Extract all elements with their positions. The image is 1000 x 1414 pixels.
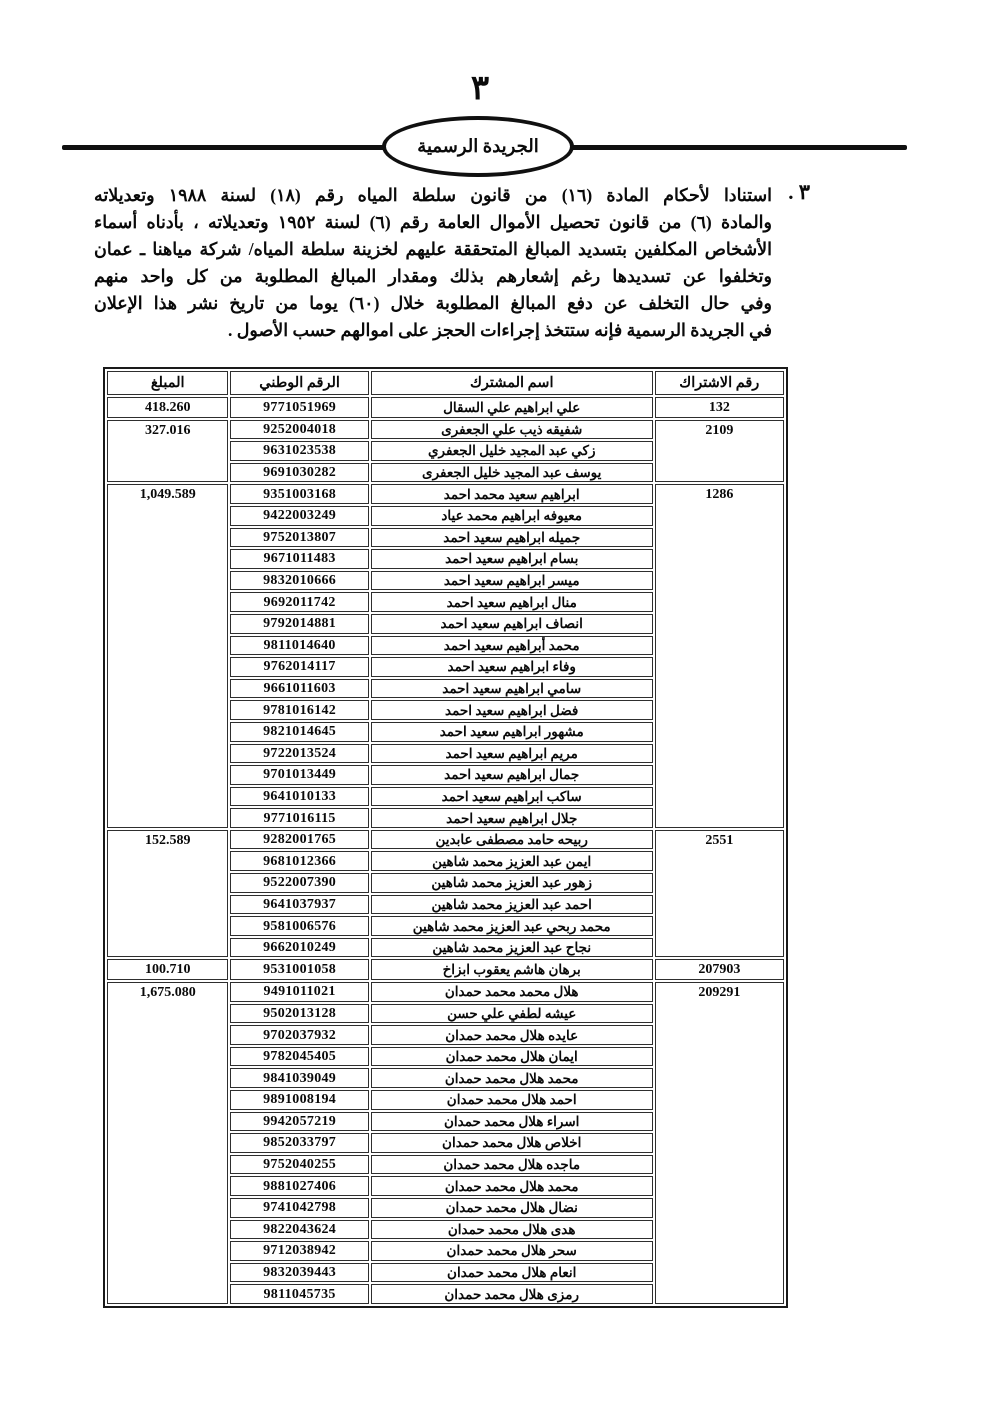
notice-line: وتخلفوا عن تسديدها رغم إشعارهم بذلك ومقد… <box>94 263 772 290</box>
subscriber-name-cell: ربيحه حامد مصطفى عابدين <box>371 830 653 850</box>
national-id-cell: 9821014645 <box>230 722 368 742</box>
subscriber-name-cell: ميسر ابراهيم سعيد احمد <box>371 571 653 591</box>
national-id-cell: 9581006576 <box>230 916 368 936</box>
subscriber-name-cell: هلال محمد محمد حمدان <box>371 982 653 1002</box>
subscriber-name-cell: بسام ابراهيم سعيد احمد <box>371 549 653 569</box>
national-id-cell: 9701013449 <box>230 765 368 785</box>
table-header-row: رقم الاشتراك اسم المشترك الرقم الوطني ال… <box>107 371 784 395</box>
national-id-cell: 9661011603 <box>230 679 368 699</box>
national-id-cell: 9811014640 <box>230 636 368 656</box>
subscribers-table: رقم الاشتراك اسم المشترك الرقم الوطني ال… <box>103 367 788 1308</box>
amount-cell: 1,049.589 <box>107 484 228 828</box>
national-id-cell: 9691030282 <box>230 463 368 483</box>
subscriber-name-cell: انعام هلال محمد حمدان <box>371 1263 653 1283</box>
national-id-cell: 9891008194 <box>230 1090 368 1110</box>
national-id-cell: 9722013524 <box>230 744 368 764</box>
notice-lines: استنادا لأحكام المادة (١٦) من قانون سلطة… <box>94 182 772 344</box>
notice-line: وفي حال التخلف عن دفع المبالغ المطلوبة خ… <box>94 290 772 317</box>
subscriber-name-cell: جمال ابراهيم سعيد احمد <box>371 765 653 785</box>
subscriber-name-cell: ابراهيم سعيد محمد احمد <box>371 484 653 504</box>
national-id-cell: 9641010133 <box>230 787 368 807</box>
national-id-cell: 9792014881 <box>230 614 368 634</box>
national-id-cell: 9771016115 <box>230 808 368 828</box>
national-id-cell: 9662010249 <box>230 938 368 958</box>
page-number: ٣ <box>0 68 960 108</box>
table-row: 1286ابراهيم سعيد محمد احمد93510031681,04… <box>107 484 784 504</box>
national-id-cell: 9502013128 <box>230 1004 368 1024</box>
table-row: 2551ربيحه حامد مصطفى عابدين9282001765152… <box>107 830 784 850</box>
national-id-cell: 9782045405 <box>230 1047 368 1067</box>
national-id-cell: 9752013807 <box>230 528 368 548</box>
subscription-number-cell: 2109 <box>655 420 784 483</box>
subscriber-name-cell: برهان هاشم يعقوب ابزاخ <box>371 959 653 980</box>
subscriber-name-cell: احمد عبد العزيز محمد شاهين <box>371 895 653 915</box>
subscriber-name-cell: رمزى هلال محمد حمدان <box>371 1284 653 1304</box>
national-id-cell: 9702037932 <box>230 1025 368 1045</box>
notice-paragraph: ٣ . استنادا لأحكام المادة (١٦) من قانون … <box>94 182 810 344</box>
subscriber-name-cell: عيشه لطفي علي حسن <box>371 1004 653 1024</box>
national-id-cell: 9811045735 <box>230 1284 368 1304</box>
national-id-cell: 9422003249 <box>230 506 368 526</box>
subscriber-name-cell: محمد هلال محمد حمدان <box>371 1068 653 1088</box>
notice-line: الأشخاص المكلفين بتسديد المبالغ المتحققة… <box>94 236 772 263</box>
national-id-cell: 9822043624 <box>230 1220 368 1240</box>
col-header-subscription-number: رقم الاشتراك <box>655 371 784 395</box>
subscriber-name-cell: انصاف ابراهيم سعيد احمد <box>371 614 653 634</box>
national-id-cell: 9351003168 <box>230 484 368 504</box>
national-id-cell: 9522007390 <box>230 873 368 893</box>
amount-cell: 1,675.080 <box>107 982 228 1304</box>
subscriber-name-cell: ماجده هلال محمد حمدان <box>371 1155 653 1175</box>
notice-line: في الجريدة الرسمية فإنه ستتخذ إجراءات ال… <box>94 317 772 344</box>
national-id-cell: 9712038942 <box>230 1241 368 1261</box>
subscription-number-cell: 207903 <box>655 959 784 980</box>
national-id-cell: 9631023538 <box>230 441 368 461</box>
gazette-badge: الجريدة الرسمية <box>382 116 574 177</box>
subscriber-name-cell: عايده هلال محمد حمدان <box>371 1025 653 1045</box>
national-id-cell: 9881027406 <box>230 1176 368 1196</box>
national-id-cell: 9491011021 <box>230 982 368 1002</box>
national-id-cell: 9781016142 <box>230 700 368 720</box>
subscriber-name-cell: مشهور ابراهيم سعيد احمد <box>371 722 653 742</box>
subscriber-name-cell: اخلاص هلال محمد حمدان <box>371 1133 653 1153</box>
subscriber-name-cell: علي ابراهيم علي السقال <box>371 397 653 418</box>
col-header-amount: المبلغ <box>107 371 228 395</box>
national-id-cell: 9282001765 <box>230 830 368 850</box>
subscriber-name-cell: فضل ابراهيم سعيد احمد <box>371 700 653 720</box>
subscriber-name-cell: سامي ابراهيم سعيد احمد <box>371 679 653 699</box>
subscriber-name-cell: مريم ابراهيم سعيد احمد <box>371 744 653 764</box>
amount-cell: 100.710 <box>107 959 228 980</box>
table-row: 207903برهان هاشم يعقوب ابزاخ953100105810… <box>107 959 784 980</box>
subscriber-name-cell: سحر هلال محمد حمدان <box>371 1241 653 1261</box>
subscription-number-cell: 1286 <box>655 484 784 828</box>
national-id-cell: 9692011742 <box>230 592 368 612</box>
col-header-national-id: الرقم الوطني <box>230 371 368 395</box>
amount-cell: 327.016 <box>107 420 228 483</box>
national-id-cell: 9841039049 <box>230 1068 368 1088</box>
amount-cell: 152.589 <box>107 830 228 958</box>
table-row: 132علي ابراهيم علي السقال9771051969418.2… <box>107 397 784 418</box>
subscriber-name-cell: اسراء هلال محمد حمدان <box>371 1112 653 1132</box>
national-id-cell: 9852033797 <box>230 1133 368 1153</box>
notice-line: والمادة (٦) من قانون تحصيل الأموال العام… <box>94 209 772 236</box>
subscriber-name-cell: هدى هلال محمد حمدان <box>371 1220 653 1240</box>
national-id-cell: 9531001058 <box>230 959 368 980</box>
subscriber-name-cell: جميله ابراهيم سعيد احمد <box>371 528 653 548</box>
subscriber-name-cell: شفيقه ذيب علي الجعفرى <box>371 420 653 440</box>
subscriber-name-cell: محمد أبراهيم سعيد احمد <box>371 636 653 656</box>
national-id-cell: 9762014117 <box>230 657 368 677</box>
national-id-cell: 9942057219 <box>230 1112 368 1132</box>
subscriber-name-cell: نضال هلال محمد حمدان <box>371 1198 653 1218</box>
subscriber-name-cell: زكي عبد المجيد خليل الجعفري <box>371 441 653 461</box>
subscriber-name-cell: منال ابراهيم سعيد احمد <box>371 592 653 612</box>
national-id-cell: 9771051969 <box>230 397 368 418</box>
subscriber-name-cell: زهور عبد العزيز محمد شاهين <box>371 873 653 893</box>
table-row: 2109شفيقه ذيب علي الجعفرى9252004018327.0… <box>107 420 784 440</box>
subscriber-name-cell: يوسف عبد المجيد خليل الجعفرى <box>371 463 653 483</box>
col-header-subscriber-name: اسم المشترك <box>371 371 653 395</box>
subscription-number-cell: 209291 <box>655 982 784 1304</box>
subscriber-name-cell: محمد هلال محمد حمدان <box>371 1176 653 1196</box>
table-row: 209291هلال محمد محمد حمدان94910110211,67… <box>107 982 784 1002</box>
national-id-cell: 9832039443 <box>230 1263 368 1283</box>
notice-item-number: ٣ . <box>788 179 810 206</box>
national-id-cell: 9641037937 <box>230 895 368 915</box>
subscriber-name-cell: محمد ربحي عبد العزيز محمد شاهين <box>371 916 653 936</box>
subscription-number-cell: 132 <box>655 397 784 418</box>
national-id-cell: 9681012366 <box>230 851 368 871</box>
subscriber-name-cell: معيوفه ابراهيم محمد عياد <box>371 506 653 526</box>
subscriber-name-cell: ساكب ابراهيم سعيد احمد <box>371 787 653 807</box>
subscriber-name-cell: ايمن عبد العزيز محمد شاهين <box>371 851 653 871</box>
subscriber-name-cell: ايمان هلال محمد حمدان <box>371 1047 653 1067</box>
national-id-cell: 9252004018 <box>230 420 368 440</box>
subscriber-name-cell: جلال ابراهيم سعيد احمد <box>371 808 653 828</box>
notice-line: استنادا لأحكام المادة (١٦) من قانون سلطة… <box>94 182 772 209</box>
subscriber-name-cell: نجاح عبد العزيز محمد شاهين <box>371 938 653 958</box>
national-id-cell: 9671011483 <box>230 549 368 569</box>
amount-cell: 418.260 <box>107 397 228 418</box>
subscriber-name-cell: احمد هلال محمد حمدان <box>371 1090 653 1110</box>
national-id-cell: 9752040255 <box>230 1155 368 1175</box>
national-id-cell: 9741042798 <box>230 1198 368 1218</box>
gazette-page: ٣ الجريدة الرسمية ٣ . استنادا لأحكام الم… <box>0 0 1000 1414</box>
subscription-number-cell: 2551 <box>655 830 784 958</box>
subscriber-name-cell: وفاء ابراهيم سعيد احمد <box>371 657 653 677</box>
national-id-cell: 9832010666 <box>230 571 368 591</box>
